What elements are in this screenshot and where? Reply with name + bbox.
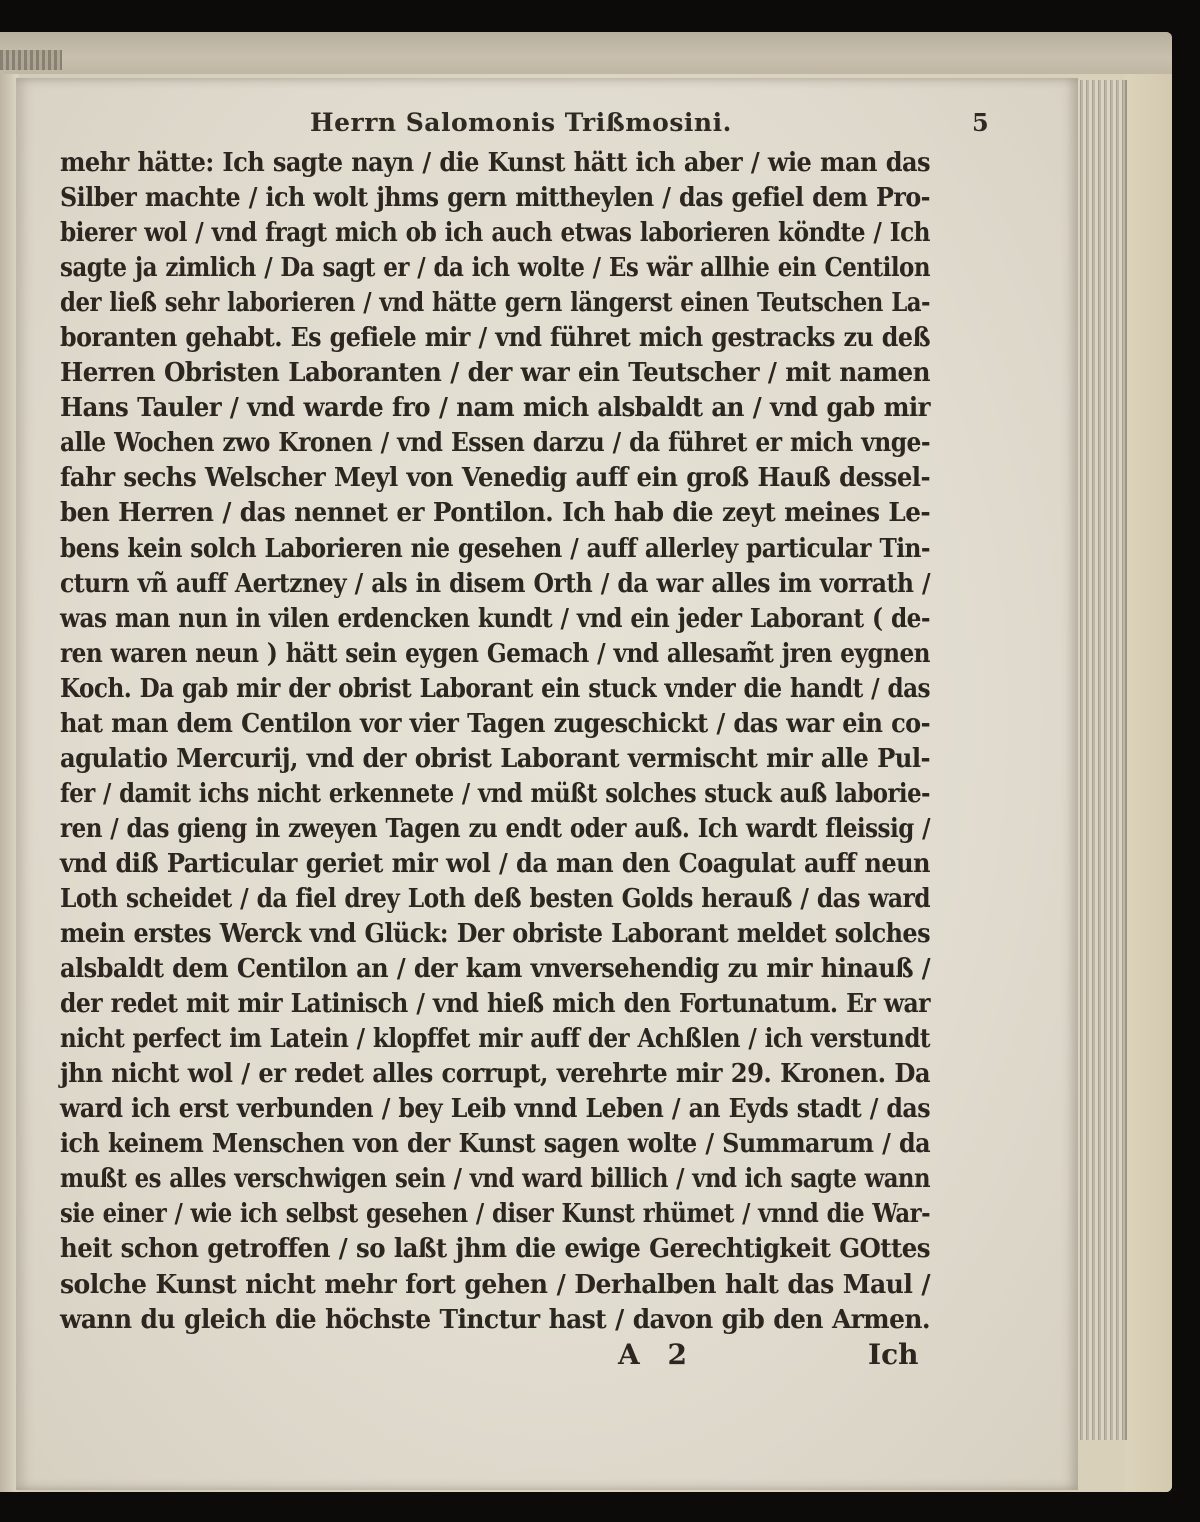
text-line: hat man dem Centilon vor vier Tagen zuge… — [60, 707, 863, 742]
text-line: cturn vñ auff Aertzney / als in disem Or… — [60, 567, 847, 602]
text-line: mein erstes Werck vnd Glück: Der obriste… — [60, 917, 860, 952]
text-line: Koch. Da gab mir der obrist Laborant ein… — [60, 672, 833, 707]
text-line: wann du gleich die höchste Tinctur hast … — [60, 1303, 894, 1338]
text-line: mußt es alles verschwigen sein / vnd war… — [60, 1162, 822, 1197]
text-line: alsbaldt dem Centilon an / der kam vnver… — [60, 952, 866, 987]
text-line: ren / das gieng in zweyen Tagen zu endt … — [60, 812, 830, 847]
text-line: ren waren neun ) hätt sein eygen Gemach … — [60, 637, 836, 672]
text-line: boranten gehabt. Es gefiele mir / vnd fü… — [60, 321, 856, 356]
text-line: jhn nicht wol / er redet alles corrupt, … — [60, 1057, 872, 1092]
running-head: Herrn Salomonis Trißmosini. — [310, 108, 732, 137]
text-line: agulatio Mercurij, vnd der obrist Labora… — [60, 742, 872, 777]
cover-right-turn-in — [1125, 74, 1172, 1492]
text-line: Hans Tauler / vnd warde fro / nam mich a… — [60, 391, 879, 426]
text-line: bens kein solch Laborieren nie gesehen /… — [60, 532, 838, 567]
text-line: fahr sechs Welscher Meyl von Venedig auf… — [60, 461, 875, 496]
text-line: Silber machte / ich wolt jhms gern mitth… — [60, 181, 856, 216]
text-line: was man nun in vilen erdencken kundt / v… — [60, 602, 837, 637]
page-number: 5 — [972, 108, 989, 137]
text-line: solche Kunst nicht mehr fort gehen / Der… — [60, 1268, 900, 1303]
cover-top-edge — [0, 32, 1172, 74]
text-line: mehr hätte: Ich sagte nayn / die Kunst h… — [60, 146, 865, 181]
text-line: ich keinem Menschen von der Kunst sagen … — [60, 1127, 858, 1162]
text-line: Loth scheidet / da fiel drey Loth deß be… — [60, 882, 841, 917]
text-line: alle Wochen zwo Kronen / vnd Essen darzu… — [60, 426, 842, 461]
text-line: vnd diß Particular geriet mir wol / da m… — [60, 847, 866, 882]
text-line: der redet mit mir Latinisch / vnd hieß m… — [60, 987, 846, 1022]
text-line: bierer wol / vnd fragt mich ob ich auch … — [60, 216, 836, 251]
text-line: sie einer / wie ich selbst gesehen / dis… — [60, 1197, 822, 1232]
spine-binding-mark — [0, 50, 62, 70]
text-line: der ließ sehr laborieren / vnd hätte ger… — [60, 286, 825, 321]
text-line: nicht perfect im Latein / klopffet mir a… — [60, 1022, 830, 1057]
text-line: heit schon getroffen / so laßt jhm die e… — [60, 1232, 879, 1267]
text-line: sagte ja zimlich / Da sagt er / da ich w… — [60, 251, 829, 286]
text-line: ben Herren / das nennet er Pontilon. Ich… — [60, 496, 886, 531]
signature-mark: A 2 — [618, 1338, 687, 1371]
body-text: mehr hätte: Ich sagte nayn / die Kunst h… — [60, 146, 930, 1338]
text-line: fer / damit ichs nicht erkennete / vnd m… — [60, 777, 823, 812]
page-fore-edges — [1075, 80, 1127, 1440]
text-line: ward ich erst verbunden / bey Leib vnnd … — [60, 1092, 852, 1127]
catchword: Ich — [868, 1338, 919, 1371]
text-line: Herren Obristen Laboranten / der war ein… — [60, 356, 884, 391]
